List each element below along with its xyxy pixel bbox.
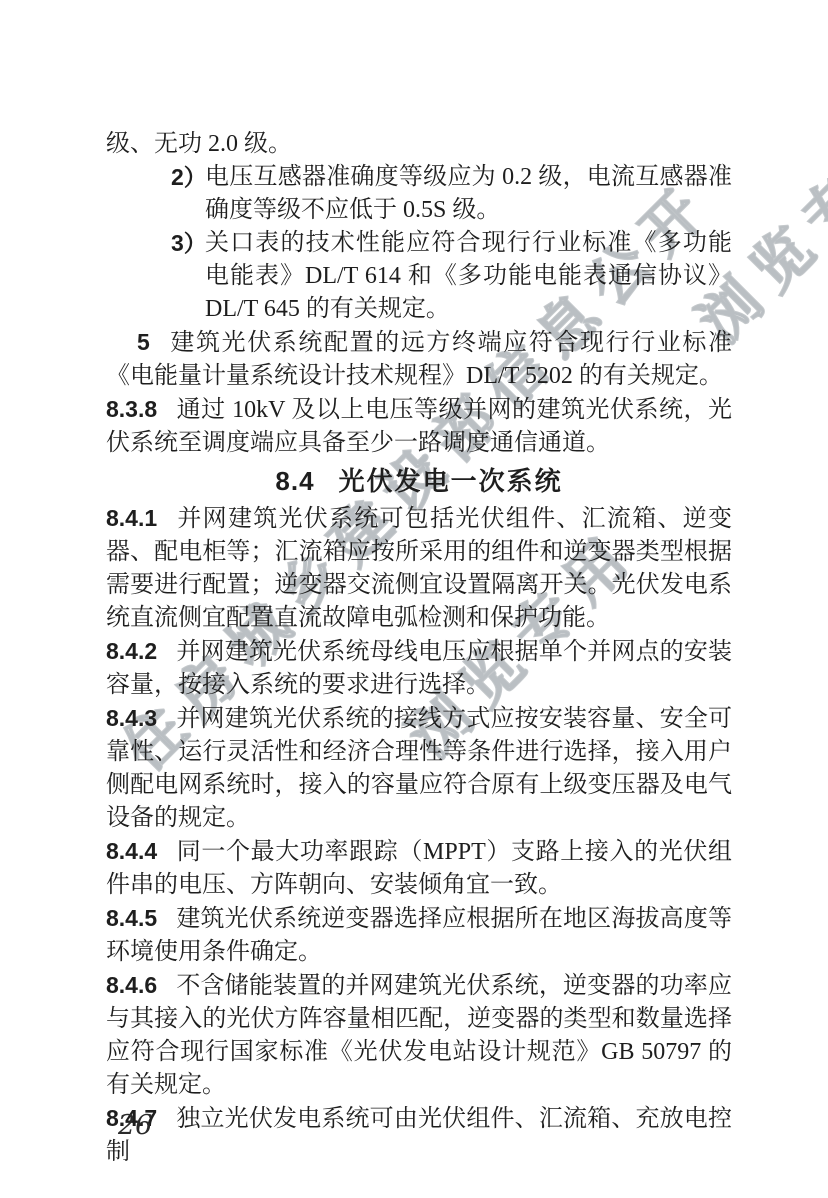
clause-number: 5 — [137, 329, 150, 355]
clause-text: 通过 10kV 及以上电压等级并网的建筑光伏系统，光伏系统至调度端应具备至少一路… — [106, 397, 732, 456]
clause-5: 5建筑光伏系统配置的远方终端应符合现行行业标准《电能量计量系统设计技术规程》DL… — [106, 326, 732, 393]
clause-8-3-8: 8.3.8通过 10kV 及以上电压等级并网的建筑光伏系统，光伏系统至调度端应具… — [106, 393, 732, 460]
clause-text: 并网建筑光伏系统的接线方式应按安装容量、安全可靠性、运行灵活性和经济合理性等条件… — [106, 706, 732, 831]
list-item-label: 2） — [171, 161, 207, 194]
clause-8-4-4: 8.4.4同一个最大功率跟踪（MPPT）支路上接入的光伏组件串的电压、方阵朝向、… — [106, 835, 732, 902]
clause-text: 并网建筑光伏系统可包括光伏组件、汇流箱、逆变器、配电柜等；汇流箱应按所采用的组件… — [106, 506, 732, 631]
clause-8-4-6: 8.4.6不含储能装置的并网建筑光伏系统，逆变器的功率应与其接入的光伏方阵容量相… — [106, 969, 732, 1102]
list-item: 2） 电压互感器准确度等级应为 0.2 级，电流互感器准确度等级不应低于 0.5… — [205, 161, 732, 227]
clause-text: 独立光伏发电系统可由光伏组件、汇流箱、充放电控制 — [106, 1106, 732, 1165]
clause-number: 8.4.2 — [106, 638, 157, 664]
clause-8-4-2: 8.4.2并网建筑光伏系统母线电压应根据单个并网点的安装容量，按接入系统的要求进… — [106, 635, 732, 702]
clause-number: 8.4.3 — [106, 705, 157, 731]
clause-number: 8.4.5 — [106, 905, 157, 931]
list-item: 3） 关口表的技术性能应符合现行行业标准《多功能电能表》DL/T 614 和《多… — [205, 227, 732, 326]
section-number: 8.4 — [275, 466, 314, 496]
clause-text: 建筑光伏系统逆变器选择应根据所在地区海拔高度等环境使用条件确定。 — [106, 906, 732, 965]
clause-number: 8.4.1 — [106, 505, 157, 531]
clause-number: 8.4.4 — [106, 838, 157, 864]
section-heading: 8.4光伏发电一次系统 — [106, 460, 732, 502]
clause-8-4-1: 8.4.1并网建筑光伏系统可包括光伏组件、汇流箱、逆变器、配电柜等；汇流箱应按所… — [106, 502, 732, 635]
section-title: 光伏发电一次系统 — [339, 466, 563, 496]
clause-8-4-3: 8.4.3并网建筑光伏系统的接线方式应按安装容量、安全可靠性、运行灵活性和经济合… — [106, 702, 732, 835]
list-item-text: 关口表的技术性能应符合现行行业标准《多功能电能表》DL/T 614 和《多功能电… — [205, 230, 732, 322]
clause-number: 8.4.6 — [106, 972, 157, 998]
document-page: 住房城乡建设部信息公开 浏览专用 浏览专用 级、无功 2.0 级。 2） 电压互… — [0, 0, 828, 1198]
clause-text: 建筑光伏系统配置的远方终端应符合现行行业标准《电能量计量系统设计技术规程》DL/… — [106, 330, 732, 389]
clause-text: 并网建筑光伏系统母线电压应根据单个并网点的安装容量，按接入系统的要求进行选择。 — [106, 639, 732, 698]
list-item-label: 3） — [171, 227, 207, 260]
clause-text: 不含储能装置的并网建筑光伏系统，逆变器的功率应与其接入的光伏方阵容量相匹配，逆变… — [106, 973, 732, 1098]
clause-8-4-5: 8.4.5建筑光伏系统逆变器选择应根据所在地区海拔高度等环境使用条件确定。 — [106, 902, 732, 969]
clause-text: 同一个最大功率跟踪（MPPT）支路上接入的光伏组件串的电压、方阵朝向、安装倾角宜… — [106, 839, 732, 898]
clause-number: 8.3.8 — [106, 396, 157, 422]
clause-8-4-7: 8.4.7独立光伏发电系统可由光伏组件、汇流箱、充放电控制 — [106, 1102, 732, 1169]
text-block: 级、无功 2.0 级。 2） 电压互感器准确度等级应为 0.2 级，电流互感器准… — [106, 128, 732, 1169]
list-item-text: 电压互感器准确度等级应为 0.2 级，电流互感器准确度等级不应低于 0.5S 级… — [205, 164, 732, 223]
list-item-continuation: 级、无功 2.0 级。 — [106, 128, 732, 161]
page-number: 26 — [118, 1110, 152, 1141]
